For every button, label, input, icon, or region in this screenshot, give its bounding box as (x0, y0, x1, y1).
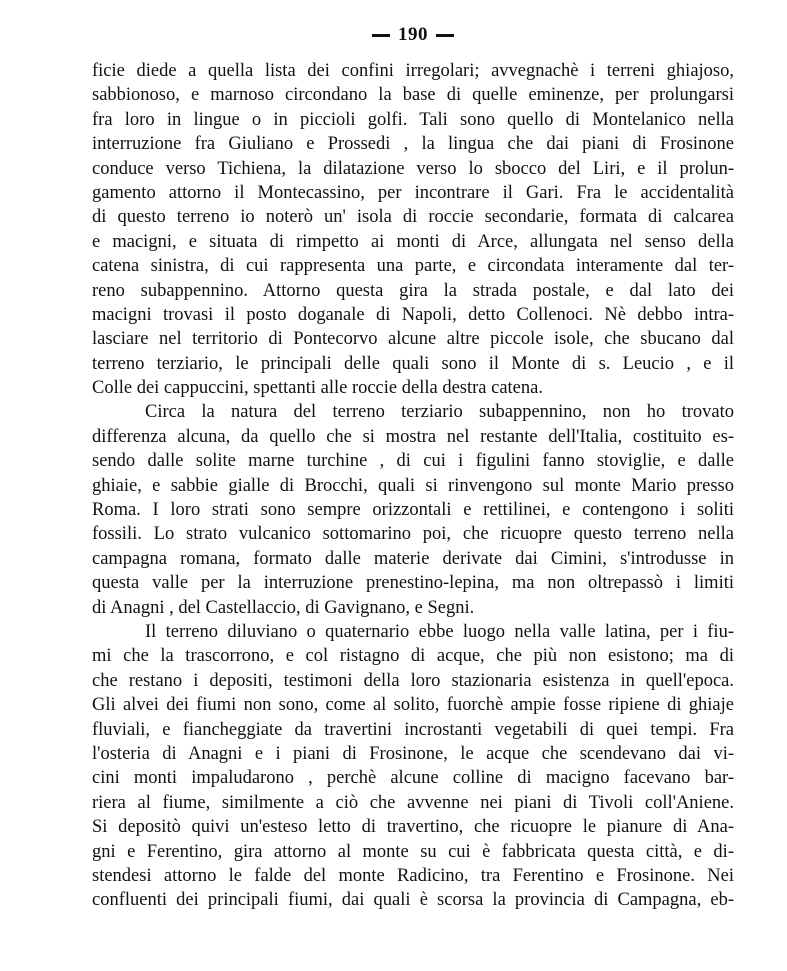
text-line: l'osteria di Anagni e i piani di Frosino… (92, 742, 734, 766)
text-line: interruzione fra Giuliano e Prossedi , l… (92, 132, 734, 156)
text-line: di questo terreno io noterò un' isola di… (92, 205, 734, 229)
text-line: reno subappennino. Attorno questa gira l… (92, 279, 734, 303)
text-line: Si depositò quivi un'esteso letto di tra… (92, 815, 734, 839)
text-line: catena sinistra, di cui rappresenta una … (92, 254, 734, 278)
text-line: gamento attorno il Montecassino, per inc… (92, 181, 734, 205)
left-dash (372, 34, 390, 37)
text-line: cini monti impaludarono , perchè alcune … (92, 766, 734, 790)
text-line: gni e Ferentino, gira attorno al monte s… (92, 840, 734, 864)
text-line: conduce verso Tichiena, la dilatazione v… (92, 157, 734, 181)
text-line: questa valle per la interruzione prenest… (92, 571, 734, 595)
text-line: sabbionoso, e marnoso circondano la base… (92, 83, 734, 107)
text-line: Roma. I loro strati sono sempre orizzont… (92, 498, 734, 522)
text-line: macigni trovasi il posto doganale di Nap… (92, 303, 734, 327)
text-line: lasciare nel territorio di Pontecorvo al… (92, 327, 734, 351)
paragraph-first-line: Circa la natura del terreno terziario su… (92, 400, 734, 424)
text-line: di Anagni , del Castellaccio, di Gavigna… (92, 596, 734, 620)
text-line: che restano i depositi, testimoni della … (92, 669, 734, 693)
paragraph-first-line: Il terreno diluviano o quaternario ebbe … (92, 620, 734, 644)
text-line: terreno terziario, le principali delle q… (92, 352, 734, 376)
text-line: sendo dalle solite marne turchine , di c… (92, 449, 734, 473)
text-line: Gli alvei dei fiumi non sono, come al so… (92, 693, 734, 717)
text-line: ficie diede a quella lista dei confini i… (92, 59, 734, 83)
text-line: differenza alcuna, da quello che si most… (92, 425, 734, 449)
page-number: 190 (0, 24, 787, 46)
text-line: e macigni, e situata di rimpetto ai mont… (92, 230, 734, 254)
text-line: fluviali, e fiancheggiate da travertini … (92, 718, 734, 742)
text-line: riera al fiume, similmente a ciò che avv… (92, 791, 734, 815)
text-line: mi che la trascorrono, e col ristagno di… (92, 644, 734, 668)
text-line: Colle dei cappuccini, spettanti alle roc… (92, 376, 734, 400)
body-text: ficie diede a quella lista dei confini i… (92, 59, 734, 913)
right-dash (436, 34, 454, 37)
text-line: campagna romana, formato dalle materie d… (92, 547, 734, 571)
text-line: ghiaie, e sabbie gialle di Brocchi, qual… (92, 474, 734, 498)
text-line: fossili. Lo strato vulcanico sottomarino… (92, 522, 734, 546)
text-line: stendesi attorno le falde del monte Radi… (92, 864, 734, 888)
text-line: fra loro in lingue o in piccioli golfi. … (92, 108, 734, 132)
page-number-value: 190 (398, 24, 428, 45)
text-line: confluenti dei principali fiumi, dai qua… (92, 888, 734, 912)
